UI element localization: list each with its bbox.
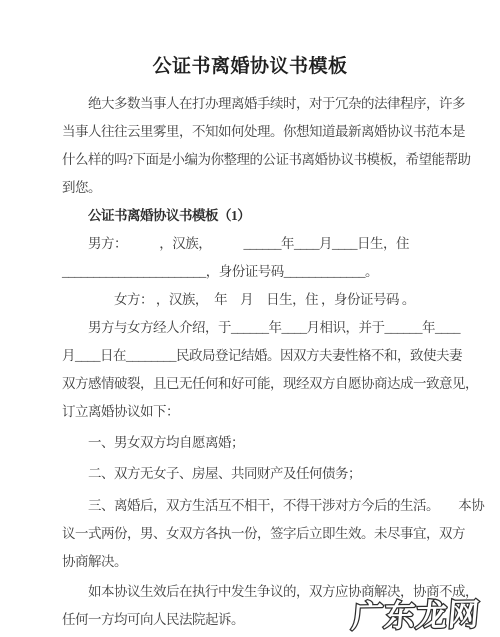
clause-2: 二、双方无女子、房屋、共同财产及任何债务； [62, 460, 438, 488]
section-heading: 公证书离婚协议书模板（1） [62, 202, 438, 230]
text-line: 订立离婚协议如下： [62, 398, 438, 426]
marriage-history-paragraph: 男方与女方经人介绍，于______年____月相识，并于______年____ … [62, 314, 438, 426]
text-line: 当事人往往云里雾里，不知如何处理。你想知道最新离婚协议书范本是 [62, 118, 438, 146]
text-line: 男方与女方经人介绍，于______年____月相识，并于______年____ [62, 314, 438, 342]
text-line: 二、双方无女子、房屋、共同财产及任何债务； [62, 460, 438, 488]
text-line: 一、男女双方均自愿离婚； [62, 429, 438, 457]
text-line: 绝大多数当事人在打办理离婚手续时，对于冗杂的法律程序，许多 [62, 90, 438, 118]
clause-3: 三、离婚后，双方生活互不相干，不得干涉对方今后的生活。 本协 议一式两份，男、女… [62, 492, 438, 576]
text-line: 议一式两份，男、女双方各执一份，签字后立即生效。未尽事宜，双方 [62, 520, 438, 548]
document-page: 公证书离婚协议书模板 绝大多数当事人在打办理离婚手续时，对于冗杂的法律程序，许多… [0, 0, 500, 637]
text-line: 三、离婚后，双方生活互不相干，不得干涉对方今后的生活。 本协 [62, 492, 438, 520]
text-line: 到您。 [62, 174, 438, 202]
party-female-paragraph: 女方： ，汉族， 年 月 日生，住 ，身份证号码 。 [62, 286, 438, 314]
text-line: 协商解决。 [62, 548, 438, 576]
text-line: 男方： ，汉族， ______年____月____日生，住 [62, 230, 438, 258]
text-line: 双方感情破裂，且已无任何和好可能，现经双方自愿协商达成一致意见， [62, 370, 438, 398]
party-male-paragraph: 男方： ，汉族， ______年____月____日生，住 __________… [62, 230, 438, 286]
watermark-logo: 广东龙网 [350, 598, 481, 634]
text-line: _______________________，身份证号码___________… [62, 258, 438, 286]
intro-paragraph: 绝大多数当事人在打办理离婚手续时，对于冗杂的法律程序，许多 当事人往往云里雾里，… [62, 90, 438, 202]
page-title: 公证书离婚协议书模板 [62, 54, 438, 80]
text-line: 月____日在________民政局登记结婚。因双方夫妻性格不和，致使夫妻 [62, 342, 438, 370]
text-line: 女方： ，汉族， 年 月 日生，住 ，身份证号码 。 [62, 286, 438, 314]
text-line: 什么样的吗?下面是小编为你整理的公证书离婚协议书模板，希望能帮助 [62, 146, 438, 174]
clause-1: 一、男女双方均自愿离婚； [62, 429, 438, 457]
